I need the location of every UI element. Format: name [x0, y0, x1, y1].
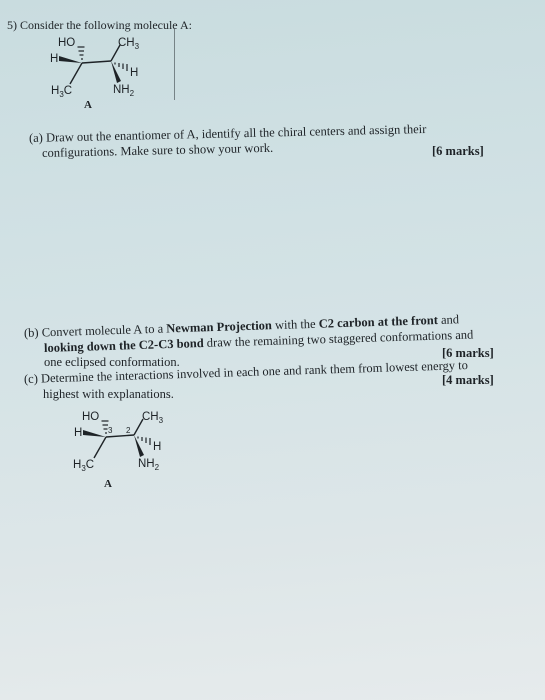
svg-text:NH2: NH2: [138, 458, 160, 472]
part-a-marks: [6 marks]: [432, 144, 484, 158]
label-nh2: NH: [113, 84, 130, 96]
label-h-left: H: [50, 53, 58, 65]
svg-text:NH2: NH2: [113, 84, 135, 98]
svg-text:H3C: H3C: [51, 85, 72, 99]
svg-text:CH3: CH3: [118, 37, 140, 51]
label-h3c: H: [73, 459, 81, 471]
part-c-line-2: highest with explanations.: [43, 387, 174, 401]
wedge-bond: [83, 430, 106, 437]
molecule-a-top: HO CH3 H H H3C NH2 A: [40, 30, 170, 115]
molecule-caption: A: [104, 478, 112, 490]
molecule-caption: A: [84, 99, 92, 111]
label-ho: HO: [58, 37, 75, 49]
part-c-marks: [4 marks]: [442, 373, 494, 387]
label-nh2: NH: [138, 458, 155, 470]
svg-text:H3C: H3C: [73, 459, 94, 473]
label-h3c: H: [51, 85, 59, 97]
pen-mark-line: [174, 28, 175, 100]
label-ch3: CH: [142, 411, 159, 423]
worksheet-page: 5) Consider the following molecule A:: [0, 0, 545, 700]
label-ch3: CH: [118, 37, 135, 49]
carbon-number-3: 3: [108, 426, 113, 435]
label-h-right: H: [130, 67, 138, 79]
question-number: 5): [7, 18, 17, 32]
label-h-right: H: [153, 441, 161, 453]
svg-text:CH3: CH3: [142, 411, 164, 425]
molecule-a-bottom: HO CH3 H 3 2 H H3C NH2 A: [62, 400, 192, 495]
label-h-left: H: [74, 427, 82, 439]
carbon-number-2: 2: [126, 426, 131, 435]
wedge-bond: [59, 56, 82, 63]
label-ho: HO: [82, 411, 99, 423]
